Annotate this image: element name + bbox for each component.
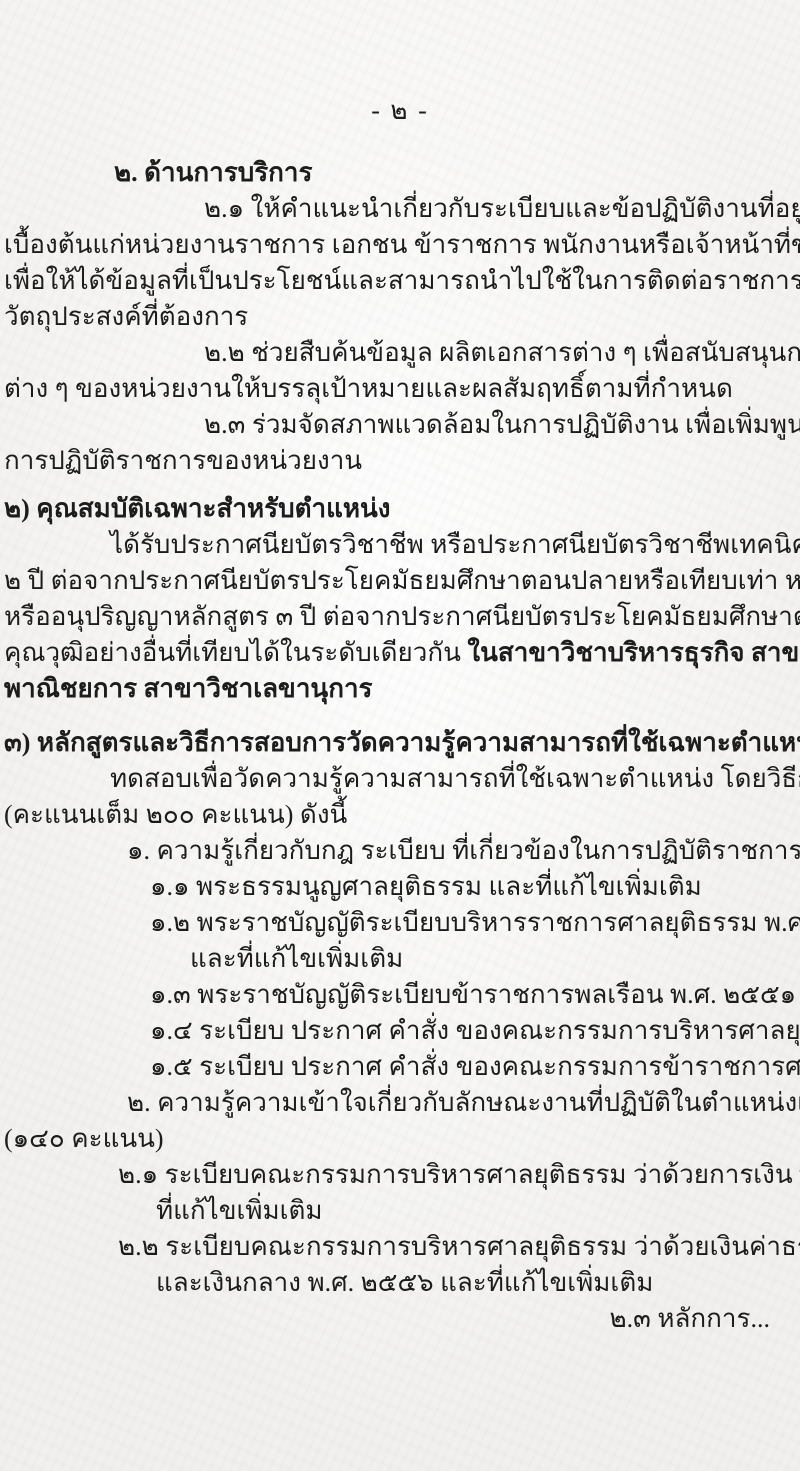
exam-item-1-4: ๑.๔ ระเบียบ ประกาศ คำสั่ง ของคณะกรรมการบ… bbox=[0, 1013, 800, 1049]
exam-item-1-3: ๑.๓ พระราชบัญญัติระเบียบข้าราชการพลเรือน… bbox=[0, 977, 800, 1013]
exam-item-2-1-line-2: ที่แก้ไขเพิ่มเติม bbox=[0, 1193, 800, 1229]
exam-item-2-2-line-2: และเงินกลาง พ.ศ. ๒๕๕๖ และที่แก้ไขเพิ่มเต… bbox=[0, 1265, 800, 1301]
page-number: - ๒ - bbox=[0, 96, 800, 126]
service-item-2-3-line-2: การปฏิบัติราชการของหน่วยงาน bbox=[0, 443, 800, 479]
service-section-heading: ๒. ด้านการบริการ bbox=[0, 155, 800, 191]
exam-item-2-2-line-1: ๒.๒ ระเบียบคณะกรรมการบริหารศาลยุติธรรม ว… bbox=[0, 1229, 800, 1265]
service-item-2-2-line-2: ต่าง ๆ ของหน่วยงานให้บรรลุเป้าหมายและผลส… bbox=[0, 371, 800, 407]
service-item-2-1-line-2: เบื้องต้นแก่หน่วยงานราชการ เอกชน ข้าราชก… bbox=[0, 227, 800, 263]
service-item-2-2-line-1: ๒.๒ ช่วยสืบค้นข้อมูล ผลิตเอกสารต่าง ๆ เพ… bbox=[0, 335, 800, 371]
qualifications-line-4-fields-bold: ในสาขาวิชาบริหารธุรกิจ สาขาวิชาการบัญชี … bbox=[467, 638, 800, 667]
exam-topic-2-line-1: ๒. ความรู้ความเข้าใจเกี่ยวกับลักษณะงานที… bbox=[0, 1085, 800, 1121]
service-item-2-1-line-4: วัตถุประสงค์ที่ต้องการ bbox=[0, 299, 800, 335]
exam-topic-2-line-2: (๑๔๐ คะแนน) bbox=[0, 1121, 800, 1157]
exam-topic-1: ๑. ความรู้เกี่ยวกับกฎ ระเบียบ ที่เกี่ยวข… bbox=[0, 833, 800, 869]
scanned-document-page: - ๒ - ๒. ด้านการบริการ ๒.๑ ให้คำแนะนำเกี… bbox=[0, 0, 800, 1471]
exam-item-1-1: ๑.๑ พระธรรมนูญศาลยุติธรรม และที่แก้ไขเพิ… bbox=[0, 869, 800, 905]
exam-intro-line-1: ทดสอบเพื่อวัดความรู้ความสามารถที่ใช้เฉพา… bbox=[0, 761, 800, 797]
qualifications-heading: ๒) คุณสมบัติเฉพาะสำหรับตำแหน่ง bbox=[0, 491, 800, 527]
service-item-2-1-line-1: ๒.๑ ให้คำแนะนำเกี่ยวกับระเบียบและข้อปฏิบ… bbox=[0, 191, 800, 227]
exam-item-1-2-line-1: ๑.๒ พระราชบัญญัติระเบียบบริหารราชการศาลย… bbox=[0, 905, 800, 941]
service-item-2-1-line-3: เพื่อให้ได้ข้อมูลที่เป็นประโยชน์และสามาร… bbox=[0, 263, 800, 299]
exam-intro-line-2: (คะแนนเต็ม ๒๐๐ คะแนน) ดังนี้ bbox=[0, 797, 800, 833]
exam-item-1-5: ๑.๕ ระเบียบ ประกาศ คำสั่ง ของคณะกรรมการข… bbox=[0, 1049, 800, 1085]
qualifications-line-2: ๒ ปี ต่อจากประกาศนียบัตรประโยคมัธยมศึกษา… bbox=[0, 563, 800, 599]
exam-item-2-1-line-1: ๒.๑ ระเบียบคณะกรรมการบริหารศาลยุติธรรม ว… bbox=[0, 1157, 800, 1193]
exam-item-1-2-line-2: และที่แก้ไขเพิ่มเติม bbox=[0, 941, 800, 977]
document-content: - ๒ - ๒. ด้านการบริการ ๒.๑ ให้คำแนะนำเกี… bbox=[0, 0, 800, 1337]
qualifications-line-4: คุณวุฒิอย่างอื่นที่เทียบได้ในระดับเดียวก… bbox=[0, 635, 800, 671]
qualifications-line-5: พาณิชยการ สาขาวิชาเลขานุการ bbox=[0, 671, 800, 707]
qualifications-line-3: หรืออนุปริญญาหลักสูตร ๓ ปี ต่อจากประกาศน… bbox=[0, 599, 800, 635]
qualifications-line-1: ได้รับประกาศนียบัตรวิชาชีพ หรือประกาศนีย… bbox=[0, 527, 800, 563]
qualifications-line-4-regular: คุณวุฒิอย่างอื่นที่เทียบได้ในระดับเดียวก… bbox=[4, 638, 467, 667]
service-item-2-3-line-1: ๒.๓ ร่วมจัดสภาพแวดล้อมในการปฏิบัติงาน เพ… bbox=[0, 407, 800, 443]
page-continuation-marker: ๒.๓ หลักการ... bbox=[0, 1301, 800, 1337]
exam-section-heading: ๓) หลักสูตรและวิธีการสอบการวัดความรู้ควา… bbox=[0, 725, 800, 761]
